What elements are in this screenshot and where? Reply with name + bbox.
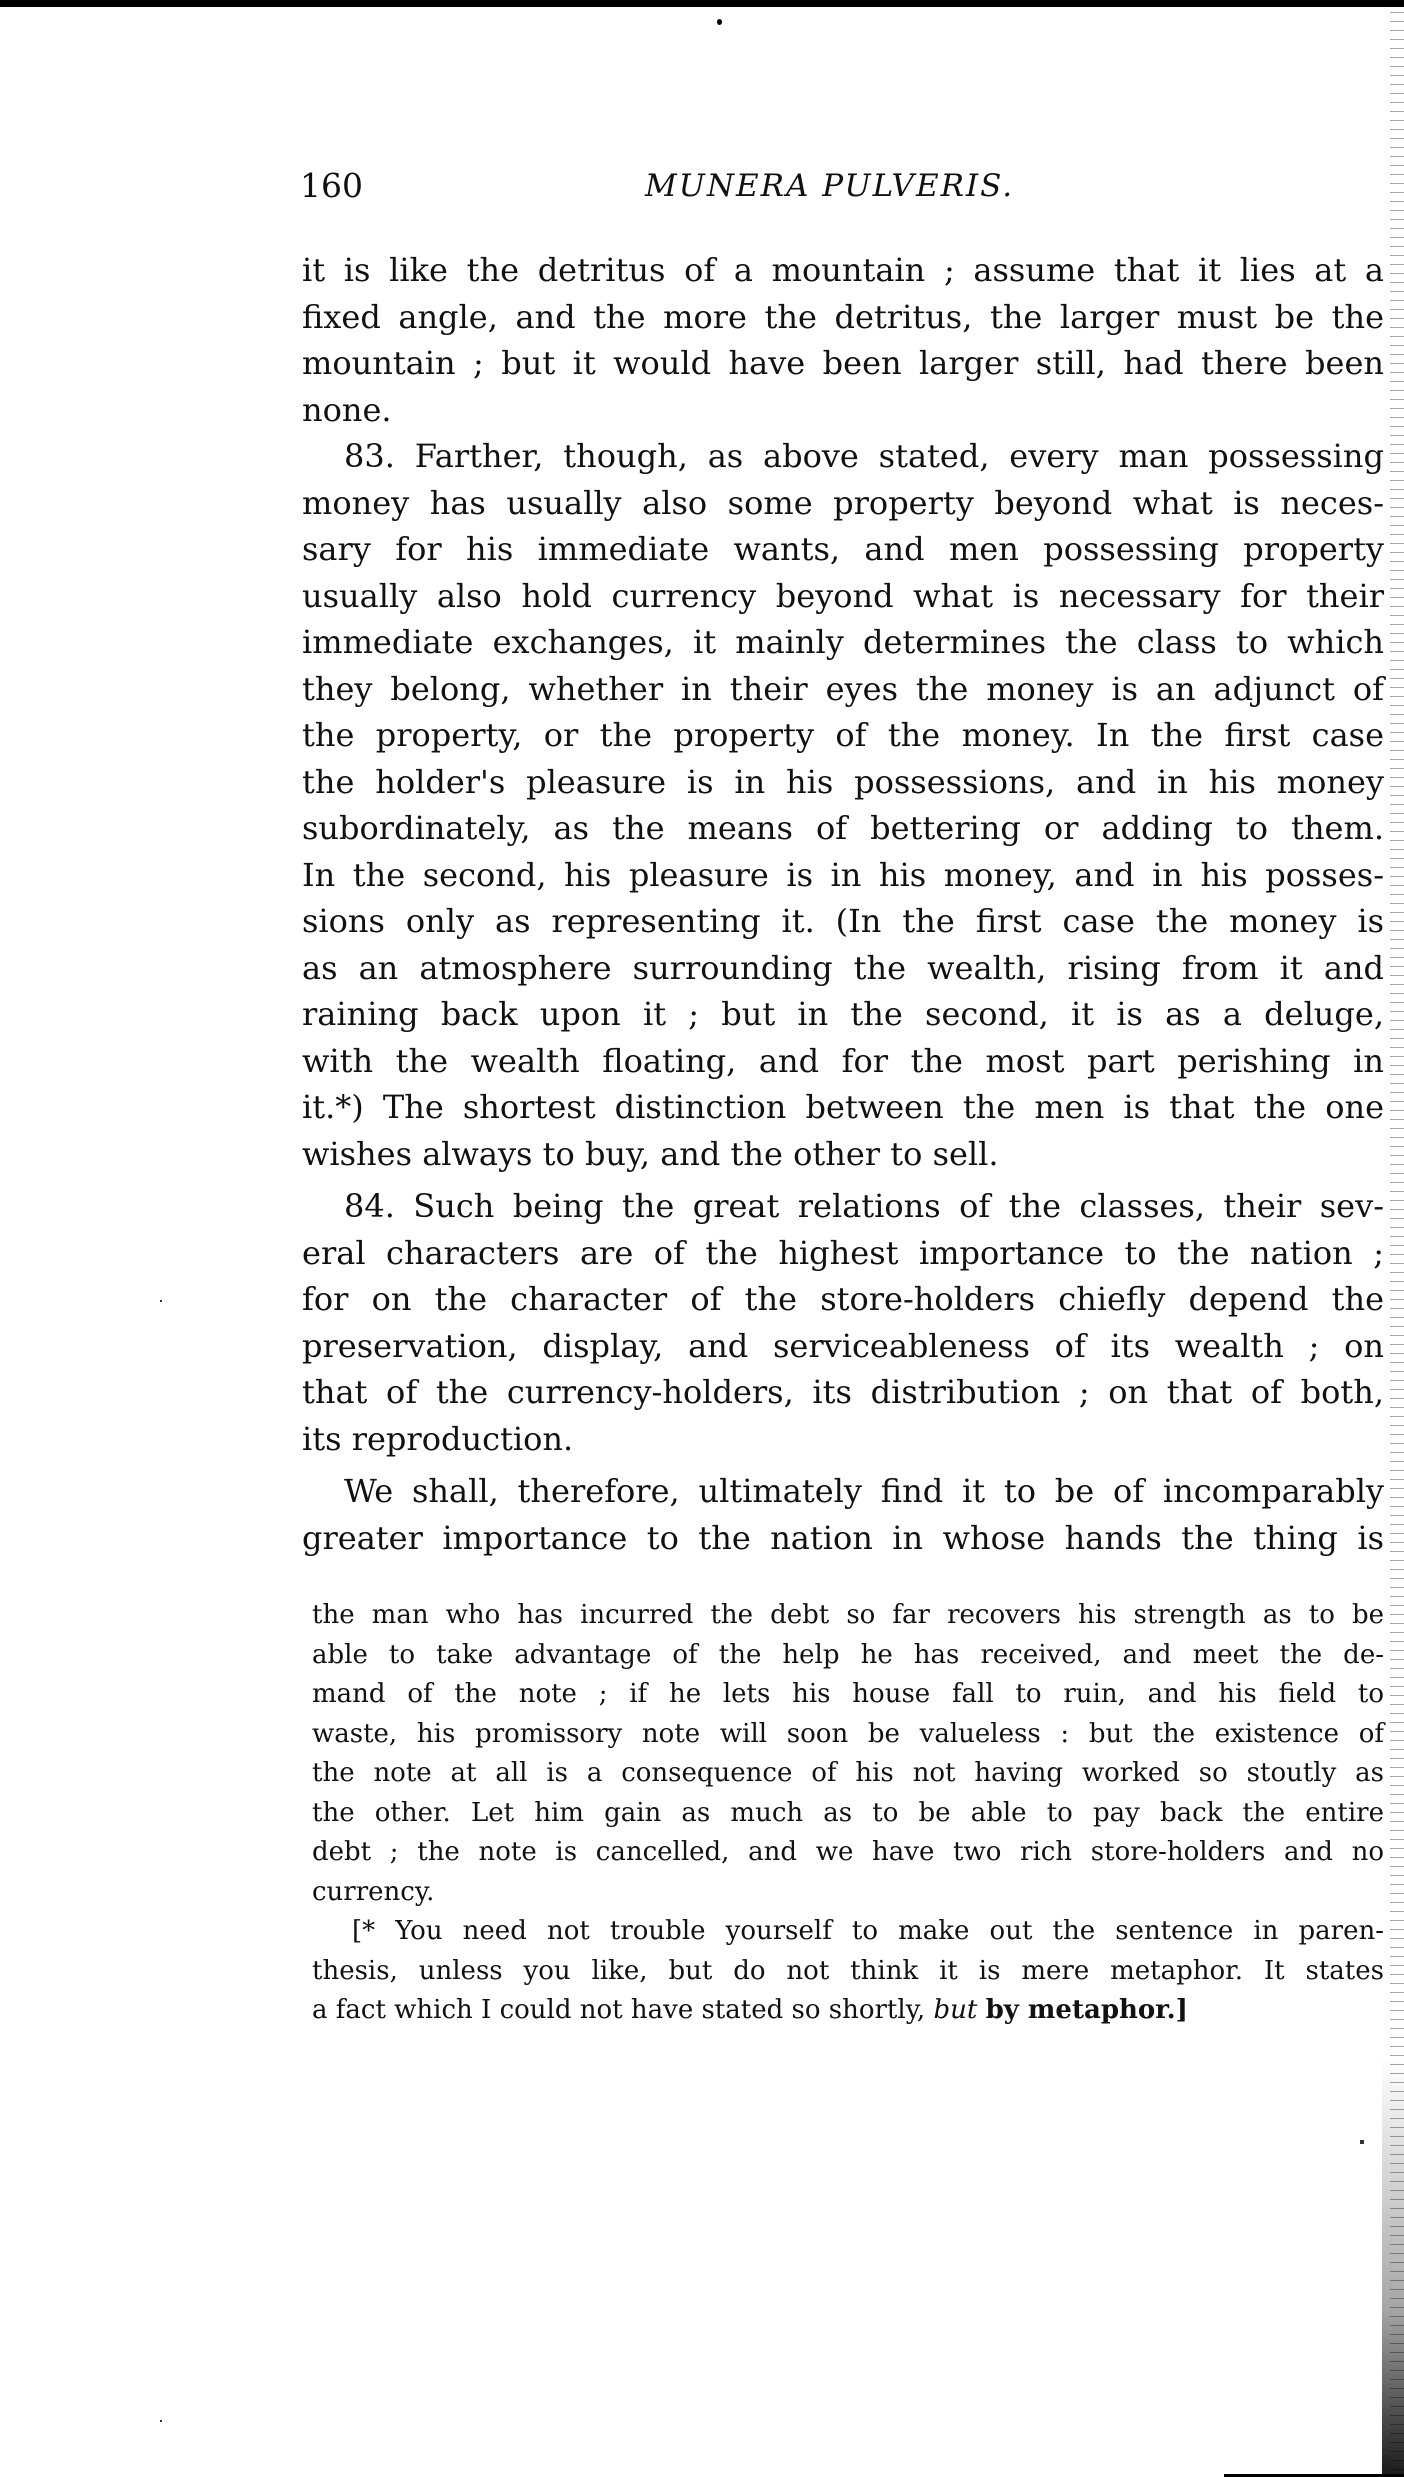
- footnote-line: the man who has incurred the debt so far…: [312, 1596, 1384, 1636]
- text-line: immediate exchanges, it mainly determine…: [302, 619, 1384, 666]
- footnote-line: debt ; the note is cancelled, and we hav…: [312, 1833, 1384, 1873]
- scan-speck: [160, 2420, 162, 2422]
- text-line: the property, or the property of the mon…: [302, 712, 1384, 759]
- text-line: it is like the detritus of a mountain ; …: [302, 247, 1384, 294]
- page-header: 160 MUNERA PULVERIS.: [300, 166, 1383, 206]
- scan-speck: [717, 19, 722, 25]
- text-line: they belong, whether in their eyes the m…: [302, 666, 1384, 713]
- paragraph-83-start: 83. Farther, though, as above stated, ev…: [302, 433, 1384, 480]
- text-line: with the wealth floating, and for the mo…: [302, 1038, 1384, 1085]
- text-line: wishes always to buy, and the other to s…: [302, 1131, 1384, 1178]
- text-line: preservation, display, and serviceablene…: [302, 1323, 1384, 1370]
- footnote-line: the other. Let him gain as much as to be…: [312, 1794, 1384, 1834]
- star-footnote-emphasis: but: [933, 1995, 977, 2025]
- text-line: its reproduction.: [302, 1416, 1384, 1463]
- text-line: money has usually also some property bey…: [302, 480, 1384, 527]
- text-line: for on the character of the store-holder…: [302, 1276, 1384, 1323]
- text-line: eral characters are of the highest impor…: [302, 1230, 1384, 1277]
- text-line: raining back upon it ; but in the second…: [302, 991, 1384, 1038]
- text-line: it.*) The shortest distinction between t…: [302, 1084, 1384, 1131]
- text-line: as an atmosphere surrounding the wealth,…: [302, 945, 1384, 992]
- star-footnote-line: [* You need not trouble yourself to make…: [312, 1912, 1384, 1952]
- footnote-line: mand of the note ; if he lets his house …: [312, 1675, 1384, 1715]
- text-line: the holder's pleasure is in his possessi…: [302, 759, 1384, 806]
- footnote-line: currency.: [312, 1873, 1384, 1913]
- page-number: 160: [300, 166, 363, 206]
- star-footnote-text: by metaphor.]: [986, 1995, 1188, 2025]
- text-line: subordinately, as the means of bettering…: [302, 805, 1384, 852]
- footnote-line: able to take advantage of the help he ha…: [312, 1636, 1384, 1676]
- text-line: that of the currency-holders, its distri…: [302, 1369, 1384, 1416]
- star-footnote-line: a fact which I could not have stated so …: [312, 1991, 1384, 2031]
- scan-speck: [1360, 2140, 1364, 2144]
- text-line: sions only as representing it. (In the f…: [302, 898, 1384, 945]
- text-line: greater importance to the nation in whos…: [302, 1515, 1384, 1562]
- paragraph-84-start: 84. Such being the great relations of th…: [302, 1183, 1384, 1230]
- star-footnote-text: a fact which I could not have stated so …: [312, 1995, 925, 2025]
- text-line: sary for his immediate wants, and men po…: [302, 526, 1384, 573]
- running-title: MUNERA PULVERIS.: [645, 166, 1014, 206]
- text-line: In the second, his pleasure is in his mo…: [302, 852, 1384, 899]
- main-text: it is like the detritus of a mountain ; …: [302, 247, 1384, 1561]
- scan-edge-shadow: [1382, 2057, 1404, 2477]
- text-line: mountain ; but it would have been larger…: [302, 340, 1384, 387]
- footnotes: the man who has incurred the debt so far…: [312, 1596, 1384, 2031]
- text-line: fixed angle, and the more the detritus, …: [302, 294, 1384, 341]
- text-line: none.: [302, 387, 1384, 434]
- paragraph-we-shall-start: We shall, therefore, ultimately find it …: [302, 1468, 1384, 1515]
- scan-speck: [160, 1300, 162, 1302]
- footnote-line: the note at all is a consequence of his …: [312, 1754, 1384, 1794]
- star-footnote-line: thesis, unless you like, but do not thin…: [312, 1952, 1384, 1992]
- footnote-line: waste, his promissory note will soon be …: [312, 1715, 1384, 1755]
- scan-top-edge: [0, 0, 1404, 7]
- text-line: usually also hold currency beyond what i…: [302, 573, 1384, 620]
